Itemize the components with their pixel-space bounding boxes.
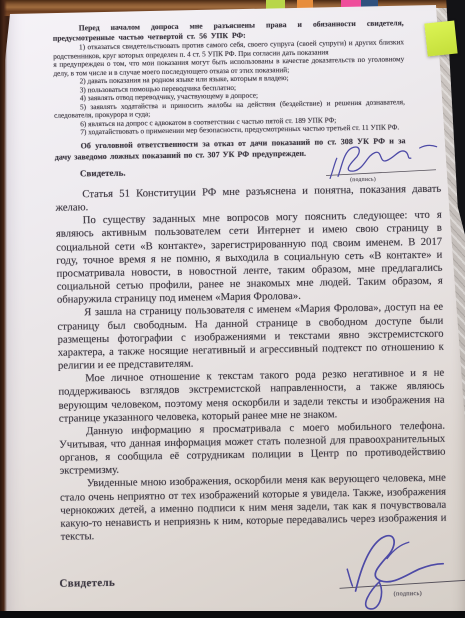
footer-signature-block: (подпись): [335, 527, 465, 615]
witness-signature-icon: [335, 527, 465, 615]
dark-bottom-edge: [0, 611, 465, 618]
statement-paragraph: Мое личное отношение к текстам такого ро…: [58, 367, 445, 426]
witness-ack-label: Свидетель.: [80, 168, 126, 179]
signature-caption: (подпись): [394, 590, 422, 597]
paper-sheet: Перед началом допроса мне разъяснены пра…: [0, 0, 465, 618]
sticky-note-icon: [424, 21, 457, 57]
statement-paragraph: Данную информацию я просматривала с моег…: [59, 419, 446, 478]
witness-signature-icon: [321, 137, 442, 189]
statement-paragraph: По существу заданных мне вопросов могу п…: [56, 209, 443, 307]
document-content: Перед началом допроса мне разъяснены пра…: [0, 0, 465, 618]
signature-caption: (подпись): [350, 177, 376, 183]
statement-paragraph: Я зашла на страницу пользователя с имене…: [57, 301, 444, 373]
footer-witness-label: Свидетель: [59, 577, 115, 590]
witness-statement: Статья 51 Конституции РФ мне разъяснена …: [55, 183, 447, 544]
desk-left-edge: [0, 0, 7, 618]
witness-ack-signature-block: (подпись): [321, 137, 442, 189]
document-photo: Перед началом допроса мне разъяснены пра…: [0, 0, 465, 618]
